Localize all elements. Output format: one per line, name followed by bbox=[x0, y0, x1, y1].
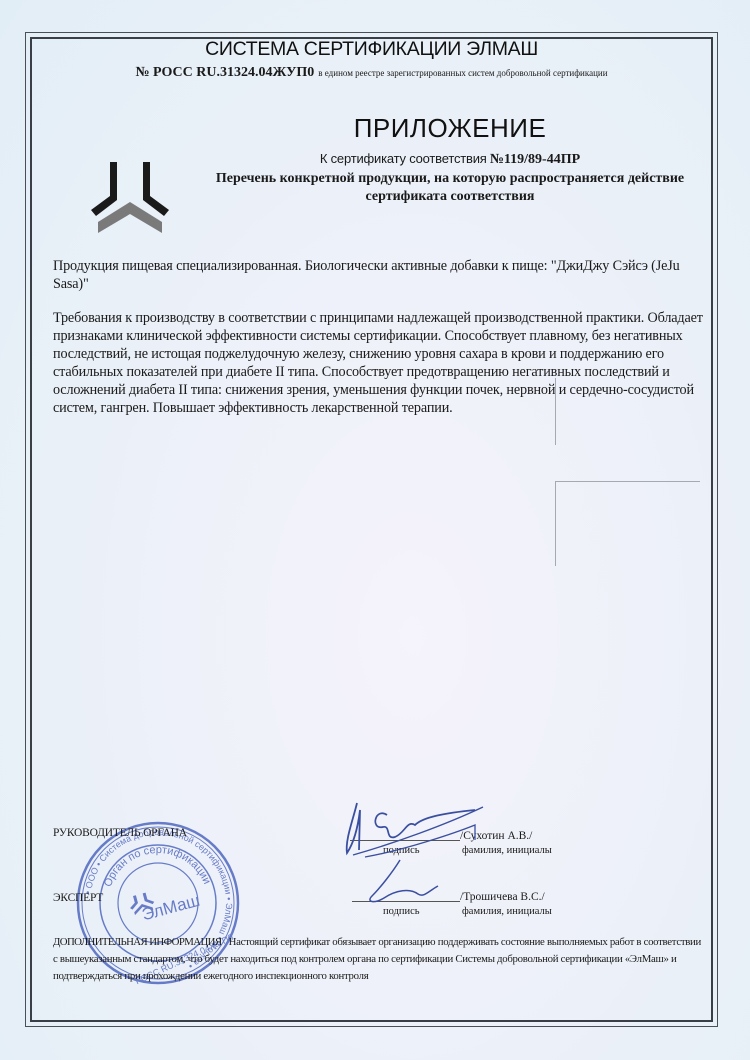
product-description: Продукция пищевая специализированная. Би… bbox=[53, 257, 703, 293]
scan-artifact-line bbox=[555, 481, 700, 482]
product-requirements: Требования к производству в соответствии… bbox=[53, 309, 703, 417]
scan-artifact-line bbox=[555, 378, 556, 445]
signature-expert bbox=[360, 858, 450, 908]
svg-text:Орган по сертификации: Орган по сертификации bbox=[102, 844, 213, 889]
product-list-heading: Перечень конкретной продукции, на котору… bbox=[180, 170, 720, 206]
signature-head bbox=[335, 795, 495, 865]
signatory-name-expert: /Трошичева В.С./ bbox=[460, 891, 545, 903]
certificate-number: №119/89-44ПР bbox=[490, 152, 580, 167]
scan-artifact-line bbox=[555, 481, 556, 566]
name-caption: фамилия, инициалы bbox=[462, 906, 552, 917]
additional-info-label: ДОПОЛНИТЕЛЬНАЯ ИНФОРМАЦИЯ bbox=[53, 936, 221, 948]
registration-line: № РОСС RU.31324.04ЖУП0 в едином реестре … bbox=[30, 63, 713, 81]
registration-number: № РОСС RU.31324.04ЖУП0 bbox=[135, 65, 314, 80]
signatory-role-head: РУКОВОДИТЕЛЬ ОРГАНА bbox=[53, 827, 187, 839]
signatory-role-expert: ЭКСПЕРТ bbox=[53, 892, 103, 904]
stamp-ring-text: Орган по сертификации bbox=[102, 844, 213, 889]
stamp-center-text: ЭлМаш bbox=[140, 891, 202, 925]
certificate-reference-label: К сертификату соответствия bbox=[320, 151, 487, 166]
additional-information: ДОПОЛНИТЕЛЬНАЯ ИНФОРМАЦИЯ Настоящий серт… bbox=[53, 934, 703, 985]
elmash-logo-icon bbox=[90, 160, 170, 235]
certification-system-title: СИСТЕМА СЕРТИФИКАЦИИ ЭЛМАШ bbox=[30, 38, 713, 61]
registration-description: в едином реестре зарегистрированных сист… bbox=[318, 68, 607, 78]
appendix-title: ПРИЛОЖЕНИЕ bbox=[250, 113, 650, 144]
certificate-reference: К сертификату соответствия №119/89-44ПР bbox=[200, 151, 700, 168]
